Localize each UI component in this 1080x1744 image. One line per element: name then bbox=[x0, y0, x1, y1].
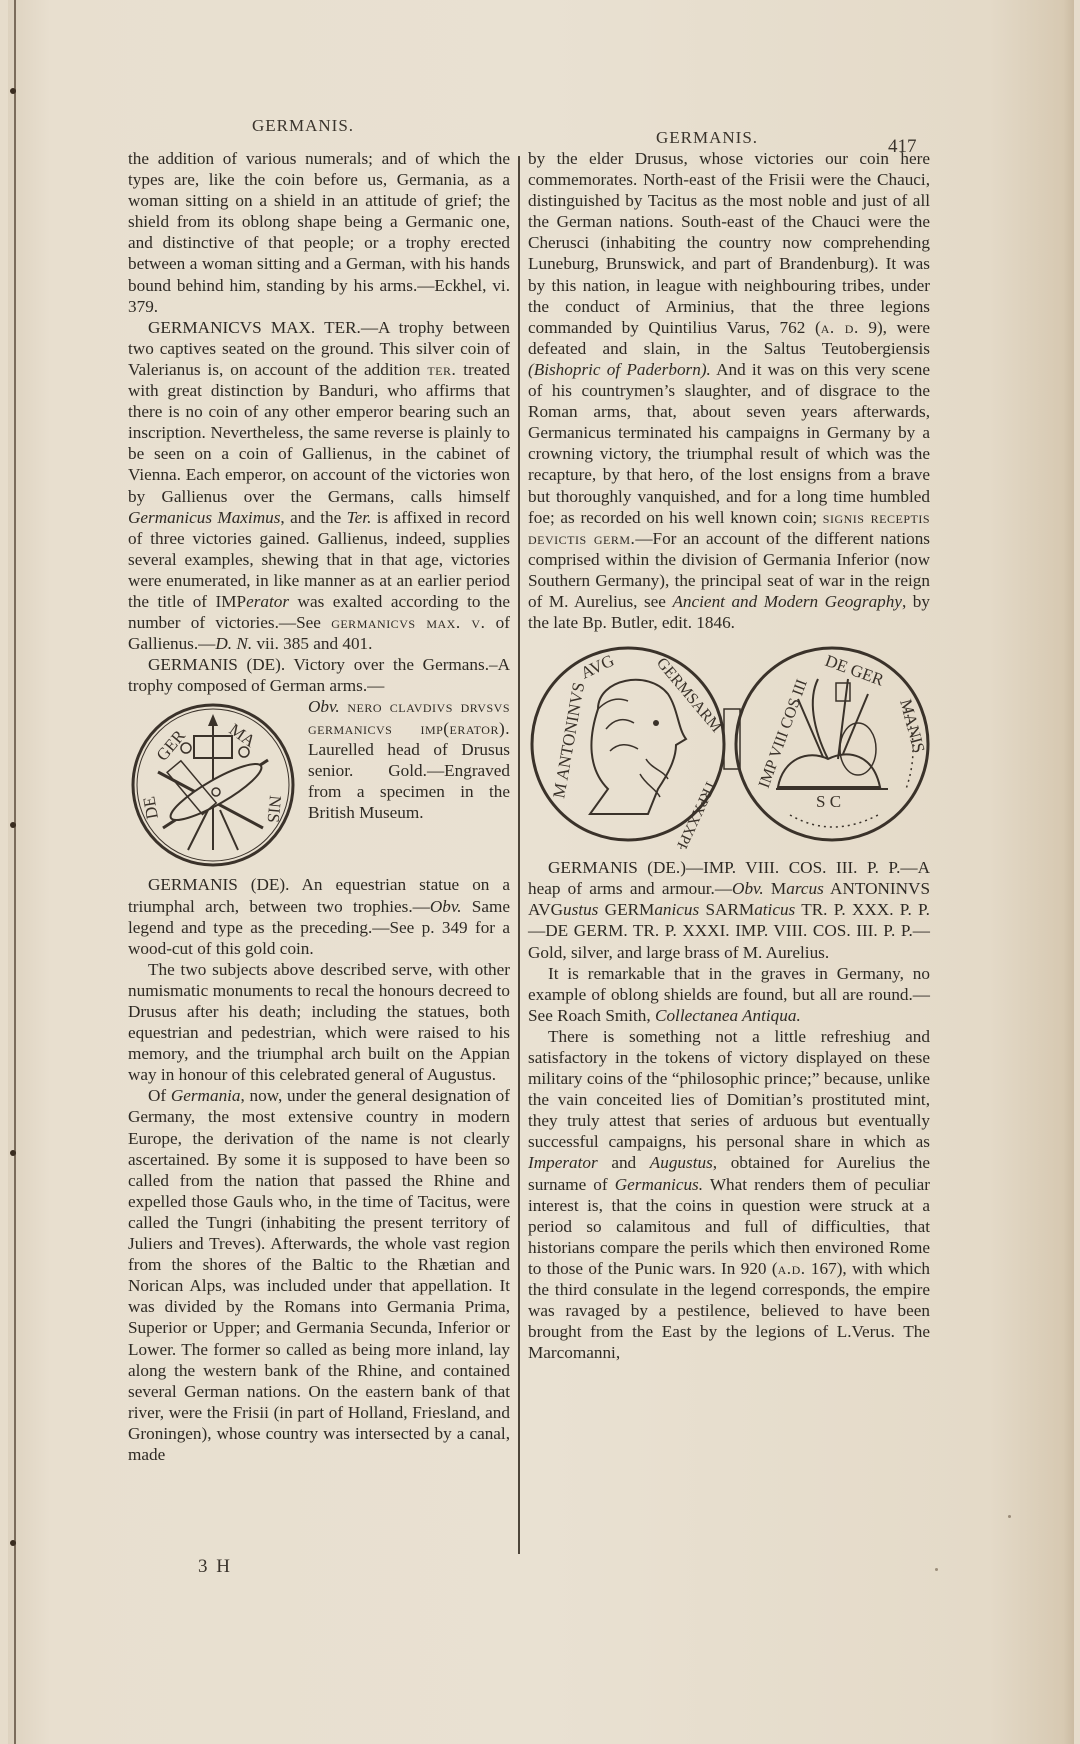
entry-heading: GERMANIS (DE). bbox=[148, 655, 285, 674]
svg-text:NIS: NIS bbox=[264, 795, 285, 824]
paragraph-germanis-de-2: GERMANIS (DE). An equestrian statue on a… bbox=[128, 874, 510, 958]
svg-text:S C: S C bbox=[816, 792, 841, 811]
entry-heading: GERMANICVS MAX. TER. bbox=[148, 318, 361, 337]
trophy-coin-icon: GER MA NIS DE bbox=[128, 700, 298, 870]
paragraph-germanis-de-aurelius: GERMANIS (DE.)—IMP. VIII. COS. III. P. P… bbox=[528, 857, 930, 962]
right-running-head: GERMANIS. bbox=[656, 128, 758, 148]
paragraph: The two subjects above described serve, … bbox=[128, 959, 510, 1086]
column-divider bbox=[518, 156, 520, 1554]
paragraph: by the elder Drusus, whose victories our… bbox=[528, 148, 930, 633]
svg-text:AVG: AVG bbox=[578, 651, 617, 683]
binding-notch bbox=[10, 1150, 16, 1156]
svg-text:TRPXXXPP: TRPXXXPP bbox=[672, 777, 719, 849]
binding-notch bbox=[10, 1540, 16, 1546]
entry-heading: GERMANIS (DE.)—IMP. VIII. COS. III. P. P… bbox=[548, 858, 900, 877]
paragraph-germania: Of Germania, now, under the general desi… bbox=[128, 1085, 510, 1465]
aurelius-coin-pair-icon: M ANTONINVS AVG GERMSARM TRPXXXPP IMP VI… bbox=[528, 639, 930, 849]
coin-illustration-marcus-aurelius: M ANTONINVS AVG GERMSARM TRPXXXPP IMP VI… bbox=[528, 639, 930, 849]
entry-heading: GERMANIS (DE). bbox=[148, 875, 289, 894]
svg-text:GER: GER bbox=[153, 726, 190, 765]
svg-text:M ANTONINVS: M ANTONINVS bbox=[549, 681, 588, 800]
paragraph-germanis-de-1: GERMANIS (DE). Victory over the Germans.… bbox=[128, 654, 510, 696]
left-running-head: GERMANIS. bbox=[252, 116, 354, 136]
paragraph: It is remarkable that in the graves in G… bbox=[528, 963, 930, 1026]
book-page: GERMANIS. GERMANIS. 417 the addition of … bbox=[8, 0, 1074, 1744]
paragraph: the addition of various numerals; and of… bbox=[128, 148, 510, 317]
paper-speck bbox=[1008, 1515, 1011, 1518]
svg-text:DE GER: DE GER bbox=[823, 651, 887, 690]
svg-text:GERMSARM: GERMSARM bbox=[653, 655, 725, 736]
binding-notch bbox=[10, 88, 16, 94]
left-column: the addition of various numerals; and of… bbox=[128, 148, 510, 1465]
paragraph: There is something not a little refreshi… bbox=[528, 1026, 930, 1364]
signature-mark: 3 H bbox=[198, 1556, 232, 1578]
svg-text:MANIS: MANIS bbox=[896, 697, 929, 755]
binding-notch bbox=[10, 822, 16, 828]
right-column: by the elder Drusus, whose victories our… bbox=[528, 148, 930, 1363]
binding-edge bbox=[14, 0, 16, 1744]
paragraph-germanicus-max: GERMANICVS MAX. TER.—A trophy between tw… bbox=[128, 317, 510, 655]
paper-speck bbox=[935, 1568, 938, 1571]
coin-illustration-drusus-trophy: GER MA NIS DE bbox=[128, 700, 298, 870]
svg-text:DE: DE bbox=[139, 795, 162, 821]
